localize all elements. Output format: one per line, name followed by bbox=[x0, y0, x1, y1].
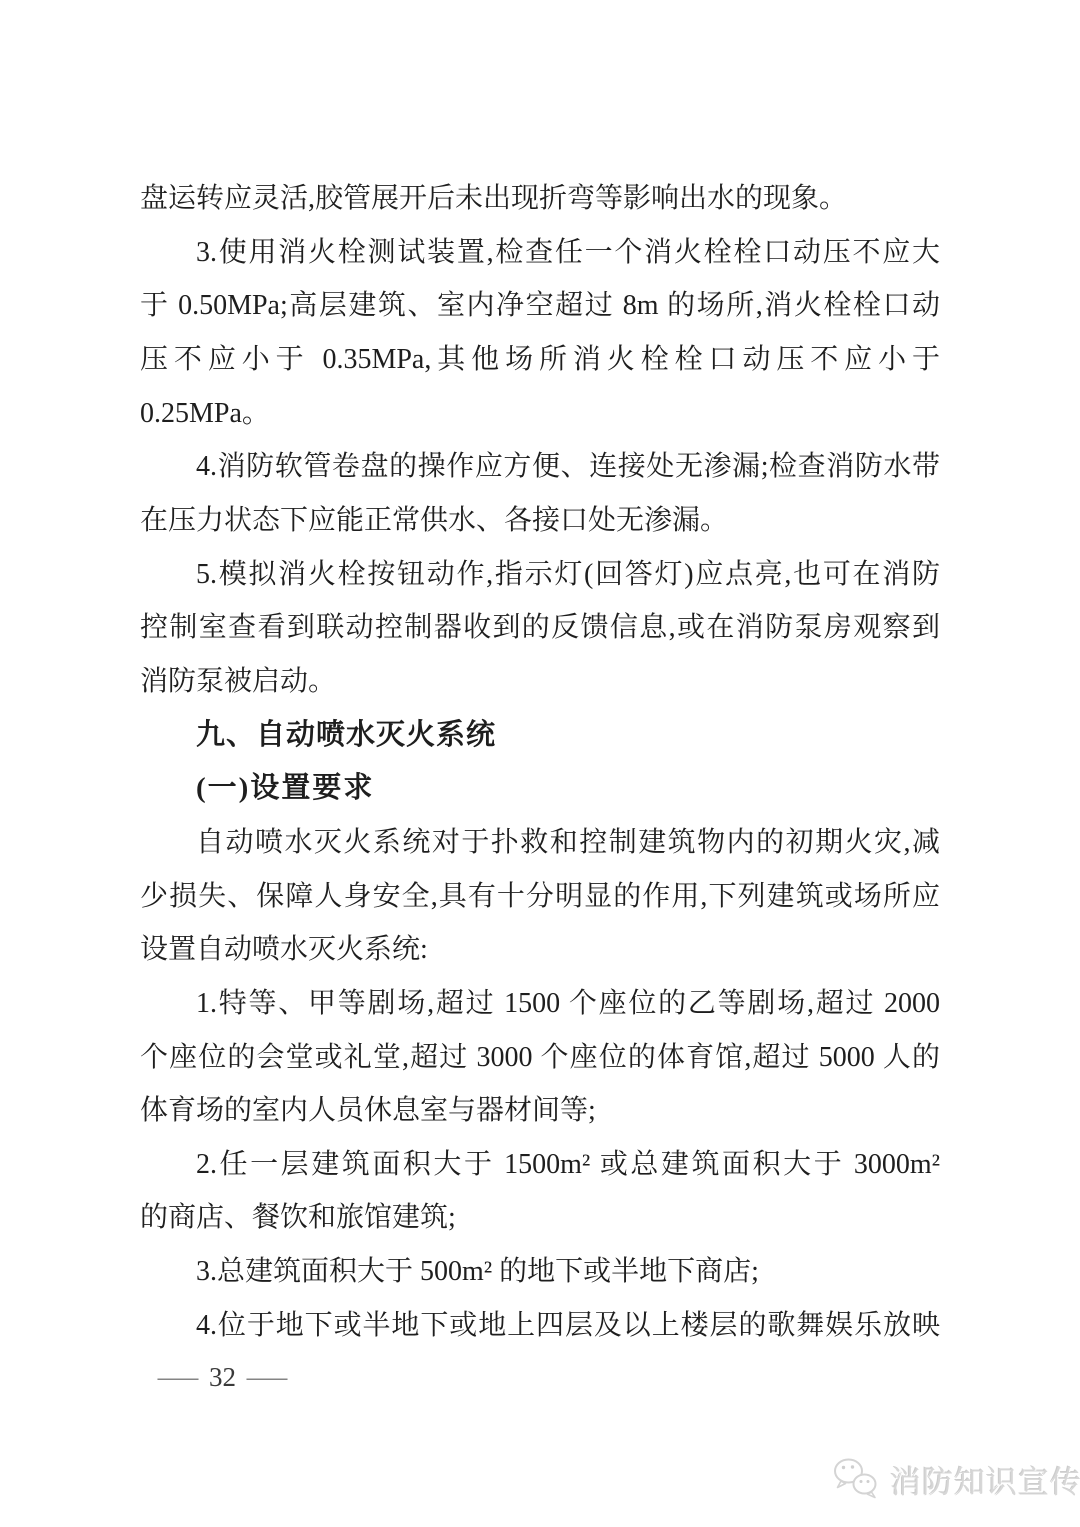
text-line: 设置自动喷水灭火系统: bbox=[140, 923, 940, 977]
text-line: 盘运转应灵活,胶管展开后未出现折弯等影响出水的现象。 bbox=[140, 172, 940, 226]
text-line: 控制室查看到联动控制器收到的反馈信息,或在消防泵房观察到 bbox=[140, 601, 940, 655]
document-body: 盘运转应灵活,胶管展开后未出现折弯等影响出水的现象。3.使用消火栓测试装置,检查… bbox=[140, 172, 940, 1352]
text-line: 个座位的会堂或礼堂,超过 3000 个座位的体育馆,超过 5000 人的 bbox=[140, 1031, 940, 1085]
watermark-label: 消防知识宣传 bbox=[890, 1457, 1080, 1502]
text-line: 5.模拟消火栓按钮动作,指示灯(回答灯)应点亮,也可在消防 bbox=[140, 548, 940, 602]
section-heading: (一)设置要求 bbox=[140, 762, 940, 816]
section-heading: 九、自动喷水灭火系统 bbox=[140, 709, 940, 763]
text-line: 0.25MPa。 bbox=[140, 387, 940, 441]
text-line: 3.使用消火栓测试装置,检查任一个消火栓栓口动压不应大 bbox=[140, 226, 940, 280]
text-line: 3.总建筑面积大于 500m² 的地下或半地下商店; bbox=[140, 1245, 940, 1299]
text-line: 消防泵被启动。 bbox=[140, 655, 940, 709]
text-line: 的商店、餐饮和旅馆建筑; bbox=[140, 1191, 940, 1245]
text-line: 少损失、保障人身安全,具有十分明显的作用,下列建筑或场所应 bbox=[140, 870, 940, 924]
wechat-icon bbox=[831, 1455, 881, 1503]
page-footer: — 32 — bbox=[163, 1356, 282, 1398]
text-line: 4.位于地下或半地下或地上四层及以上楼层的歌舞娱乐放映 bbox=[140, 1299, 940, 1353]
text-line: 体育场的室内人员休息室与器材间等; bbox=[140, 1084, 940, 1138]
text-line: 压不应小于 0.35MPa,其他场所消火栓栓口动压不应小于 bbox=[140, 333, 940, 387]
watermark: 消防知识宣传 bbox=[831, 1455, 1080, 1503]
text-line: 1.特等、甲等剧场,超过 1500 个座位的乙等剧场,超过 2000 bbox=[140, 977, 940, 1031]
text-line: 2.任一层建筑面积大于 1500m² 或总建筑面积大于 3000m² bbox=[140, 1138, 940, 1192]
footer-dash-right: — bbox=[247, 1356, 288, 1398]
footer-dash-left: — bbox=[158, 1356, 199, 1398]
text-line: 于 0.50MPa;高层建筑、室内净空超过 8m 的场所,消火栓栓口动 bbox=[140, 279, 940, 333]
page-number: 32 bbox=[209, 1356, 236, 1398]
text-line: 4.消防软管卷盘的操作应方便、连接处无渗漏;检查消防水带 bbox=[140, 440, 940, 494]
document-page: 盘运转应灵活,胶管展开后未出现折弯等影响出水的现象。3.使用消火栓测试装置,检查… bbox=[0, 0, 1080, 1527]
text-line: 自动喷水灭火系统对于扑救和控制建筑物内的初期火灾,减 bbox=[140, 816, 940, 870]
text-line: 在压力状态下应能正常供水、各接口处无渗漏。 bbox=[140, 494, 940, 548]
